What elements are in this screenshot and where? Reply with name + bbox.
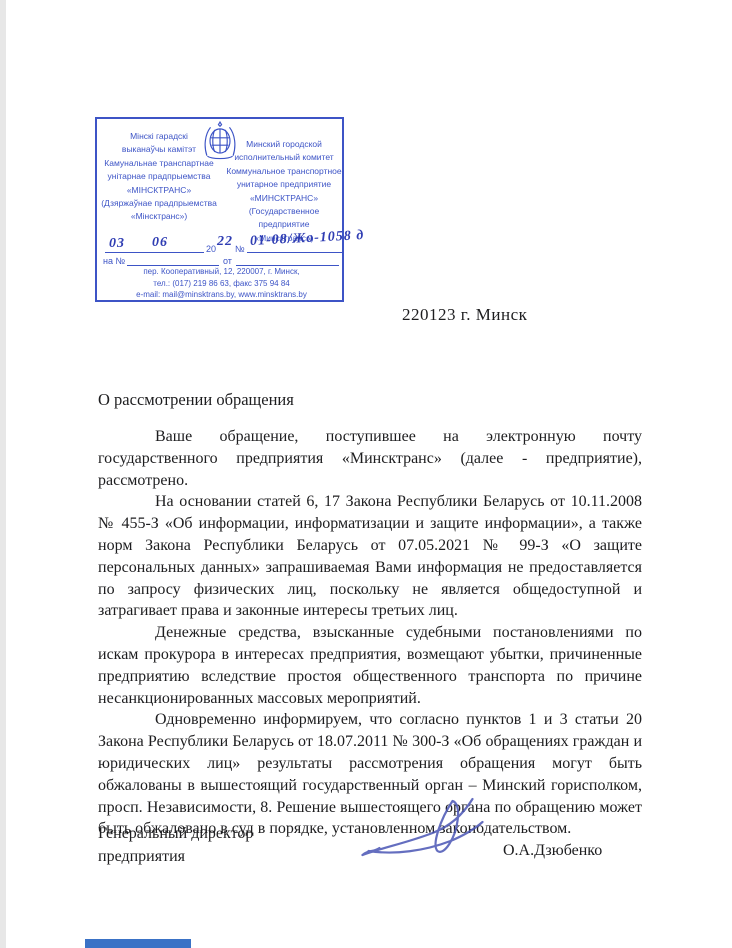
stamp-line: выканаўчы камітэт <box>99 143 219 156</box>
handwritten-year: 22 <box>217 234 233 250</box>
signoff-title-line: Генеральный директор <box>98 822 253 845</box>
stamp-address-line: e-mail: mail@minsktrans.by, www.minsktra… <box>97 289 346 301</box>
signoff-title-line: предприятия <box>98 845 253 868</box>
stamp-belarusian-column: Мінскі гарадскі выканаўчы камітэт Камуна… <box>99 130 219 224</box>
letter-body: Ваше обращение, поступившее на электронн… <box>98 426 642 840</box>
date-underline <box>105 252 204 253</box>
ot-label: от <box>223 256 232 266</box>
stamp-line: Камунальнае транспартнае <box>99 157 219 170</box>
stamp-line: Мінскі гарадскі <box>99 130 219 143</box>
body-paragraph: Денежные средства, взысканные судебными … <box>98 622 642 709</box>
handwritten-signature-icon <box>352 793 497 873</box>
stamp-address-line: пер. Кооперативный, 12, 220007, г. Минск… <box>97 266 346 278</box>
stamp-line: унітарнае прадпрыемства <box>99 170 219 183</box>
stamp-line: «МІНСКТРАНС» <box>99 184 219 197</box>
stamp-address-block: пер. Кооперативный, 12, 220007, г. Минск… <box>97 266 346 301</box>
stamp-line: Минский городской <box>225 138 343 151</box>
body-paragraph: Ваше обращение, поступившее на электронн… <box>98 426 642 491</box>
year-prefix-label: 20 <box>206 244 216 254</box>
letterhead-stamp: Мінскі гарадскі выканаўчы камітэт Камуна… <box>95 117 344 302</box>
recipient-city: 220123 г. Минск <box>402 305 527 325</box>
bottom-edge-bar <box>85 939 191 948</box>
stamp-line: «МИНСКТРАНС» <box>225 192 343 205</box>
body-paragraph: На основании статей 6, 17 Закона Республ… <box>98 491 642 622</box>
signoff-title: Генеральный директор предприятия <box>98 822 253 868</box>
number-underline <box>247 252 342 253</box>
stamp-line: исполнительный комитет <box>225 151 343 164</box>
stamp-line: Коммунальное транспортное <box>225 165 343 178</box>
page-left-edge <box>0 0 6 948</box>
stamp-line: унитарное предприятие <box>225 178 343 191</box>
stamp-line: (Дзяржаўнае прадпрыемства <box>99 197 219 210</box>
number-sign-label: № <box>235 244 245 254</box>
stamp-address-line: тел.: (017) 219 86 63, факс 375 94 84 <box>97 278 346 290</box>
letter-page: Мінскі гарадскі выканаўчы камітэт Камуна… <box>0 0 732 948</box>
handwritten-day: 03 <box>109 236 125 252</box>
na-no-label: на № <box>103 256 125 266</box>
stamp-line: «Мінсктранс») <box>99 210 219 223</box>
stamp-line: (Государственное предприятие <box>225 205 343 232</box>
handwritten-month: 06 <box>152 235 168 251</box>
signoff-name: О.А.Дзюбенко <box>503 842 602 860</box>
subject-line: О рассмотрении обращения <box>98 390 294 410</box>
